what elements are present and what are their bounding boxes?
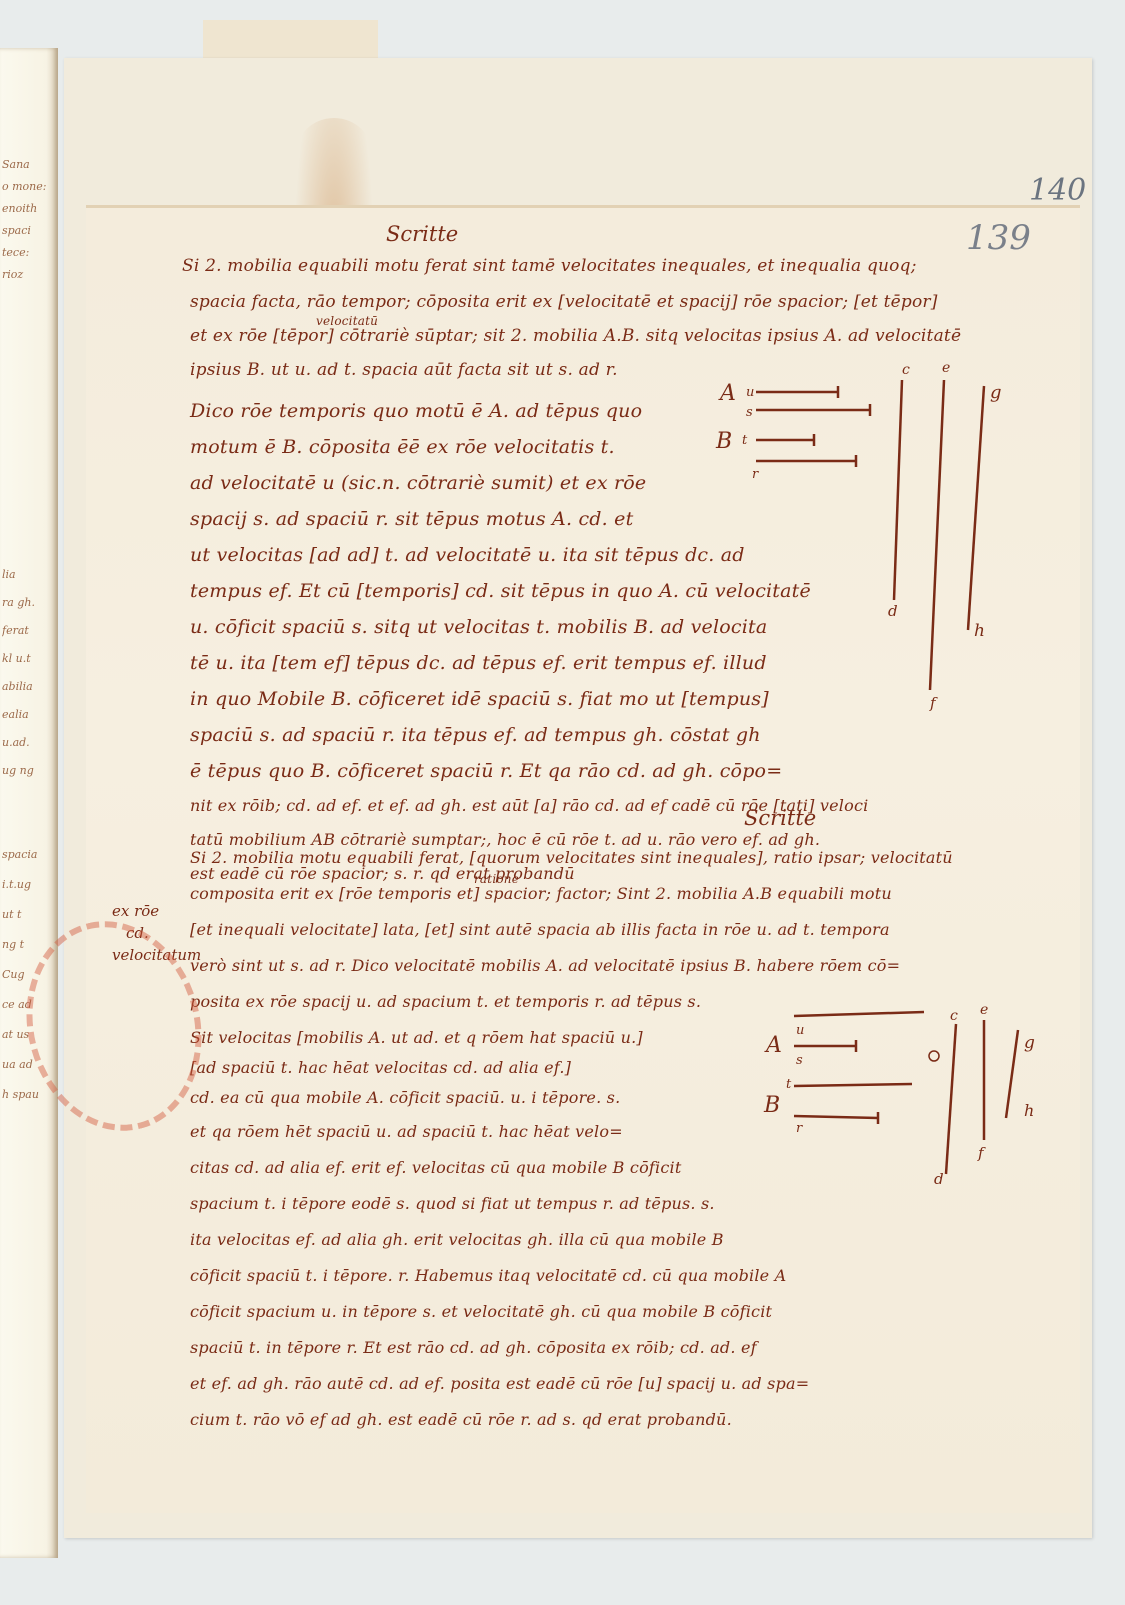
text-line: Si 2. mobilia equabili motu ferat sint t… xyxy=(182,256,917,276)
left-page-line: ug ng xyxy=(2,764,56,777)
label-B: B xyxy=(715,429,732,454)
label-r: r xyxy=(796,1121,803,1136)
left-page-line: ut t xyxy=(2,908,56,921)
text-line: ē tēpus quo B. cōficeret spaciū r. Et qa… xyxy=(190,760,782,782)
label-c: c xyxy=(950,1008,958,1024)
left-page-line: tece: xyxy=(2,246,56,259)
small-circle-mark xyxy=(929,1051,939,1061)
text-line: Sit velocitas [mobilis A. ut ad. et q rō… xyxy=(190,1028,643,1047)
text-line: motum ē B. cōposita ēē ex rōe velocitati… xyxy=(190,436,615,458)
folio-number-140: 140 xyxy=(1029,173,1086,208)
text-line: verò sint ut s. ad r. Dico velocitatē mo… xyxy=(190,956,900,975)
diagram-line-segments-2: A u s B t r c e g d h f xyxy=(766,1008,1106,1202)
left-page-line: o mone: xyxy=(2,180,56,193)
label-u: u xyxy=(746,385,754,400)
left-page-line: abilia xyxy=(2,680,56,693)
left-page-line: ferat xyxy=(2,624,56,637)
text-line: spaciū t. in tēpore r. Et est rāo cd. ad… xyxy=(190,1338,757,1357)
text-line: u. cōficit spaciū s. sitq ut velocitas t… xyxy=(190,616,767,638)
label-h: h xyxy=(974,621,985,641)
label-d: d xyxy=(934,1170,944,1188)
label-r: r xyxy=(752,467,759,482)
text-line: cōficit spaciū t. i tēpore. r. Habemus i… xyxy=(190,1266,786,1285)
text-line: in quo Mobile B. cōficeret idē spaciū s.… xyxy=(190,688,769,710)
label-e: e xyxy=(980,1002,988,1018)
folio-number-139: 139 xyxy=(966,218,1031,258)
label-A: A xyxy=(764,1033,782,1058)
text-line: posita ex rōe spacij u. ad spacium t. et… xyxy=(190,992,701,1011)
text-line: ut velocitas [ad ad] t. ad velocitatē u.… xyxy=(190,544,745,566)
label-f: f xyxy=(977,1144,986,1162)
left-page-line: enoith xyxy=(2,202,56,215)
label-c: c xyxy=(902,362,910,378)
adjacent-left-page: Sana o mone: enoith spaci tece: rioz lia… xyxy=(0,48,58,1558)
diagram-line-segments-1: A u s B t r c e g d h f xyxy=(706,378,1076,722)
left-page-line: ra gh. xyxy=(2,596,56,609)
label-g: g xyxy=(990,382,1002,403)
label-s: s xyxy=(746,405,753,420)
text-line: citas cd. ad alia ef. erit ef. velocitas… xyxy=(190,1158,681,1177)
left-page-line: lia xyxy=(2,568,56,581)
text-line: composita erit ex [rōe temporis et] spac… xyxy=(190,884,892,903)
text-line: [et inequali velocitate] lata, [et] sint… xyxy=(190,920,890,939)
label-g: g xyxy=(1024,1033,1035,1053)
label-e: e xyxy=(942,360,950,376)
text-line: et ex rōe [tēpor] cōtrariè sūptar; sit 2… xyxy=(190,326,961,346)
text-line: tatū mobilium AB cōtrariè sumptar;, hoc … xyxy=(190,830,820,849)
text-line: et qa rōem hēt spaciū u. ad spaciū t. ha… xyxy=(190,1122,623,1141)
text-line: Dico rōe temporis quo motū ē A. ad tēpus… xyxy=(190,400,642,422)
label-d: d xyxy=(888,602,898,620)
label-h: h xyxy=(1024,1101,1034,1120)
text-line: ita velocitas ef. ad alia gh. erit veloc… xyxy=(190,1230,724,1249)
text-line: cd. ea cū qua mobile A. cōficit spaciū. … xyxy=(190,1088,620,1107)
left-page-line: Sana xyxy=(2,158,56,171)
left-page-line: kl u.t xyxy=(2,652,56,665)
text-line: [ad spaciū t. hac hēat velocitas cd. ad … xyxy=(190,1058,571,1077)
left-page-line: rioz xyxy=(2,268,56,281)
label-u: u xyxy=(796,1023,804,1038)
text-line: cōficit spacium u. in tēpore s. et veloc… xyxy=(190,1302,772,1321)
text-line: spaciū s. ad spaciū r. ita tēpus ef. ad … xyxy=(190,724,761,746)
text-line: et ef. ad gh. rāo autē cd. ad ef. posita… xyxy=(190,1374,809,1393)
label-t: t xyxy=(742,433,748,448)
left-page-line: spacia xyxy=(2,848,56,861)
text-line: spacia facta, rāo tempor; cōposita erit … xyxy=(190,292,938,312)
left-page-line: i.t.ug xyxy=(2,878,56,891)
text-line: cium t. rāo vō ef ad gh. est eadē cū rōe… xyxy=(190,1410,732,1429)
text-line: ipsius B. ut u. ad t. spacia aūt facta s… xyxy=(190,360,618,380)
text-line: Si 2. mobilia motu equabili ferat, [quor… xyxy=(190,848,953,867)
text-line: spacium t. i tēpore eodē s. quod si fiat… xyxy=(190,1194,715,1213)
left-page-line: h spau xyxy=(2,1088,56,1101)
text-line: spacij s. ad spaciū r. sit tēpus motus A… xyxy=(190,508,633,530)
label-f: f xyxy=(929,694,938,712)
section2-heading: Scritte xyxy=(744,806,816,830)
left-page-line: u.ad. xyxy=(2,736,56,749)
manuscript-page: 139 Scritte Si 2. mobilia equabili motu … xyxy=(86,205,1080,1513)
label-B: B xyxy=(763,1093,780,1118)
section1-heading: Scritte xyxy=(386,222,458,246)
label-s: s xyxy=(796,1053,803,1068)
marginal-note-line: ex rōe xyxy=(112,900,201,922)
text-line: tē u. ita [tem ef] tēpus dc. ad tēpus ef… xyxy=(190,652,767,674)
left-page-line: spaci xyxy=(2,224,56,237)
label-t: t xyxy=(786,1077,792,1092)
text-line: ad velocitatē u (sic.n. cōtrariè sumit) … xyxy=(190,472,646,494)
label-A: A xyxy=(718,381,736,406)
left-page-line: ealia xyxy=(2,708,56,721)
